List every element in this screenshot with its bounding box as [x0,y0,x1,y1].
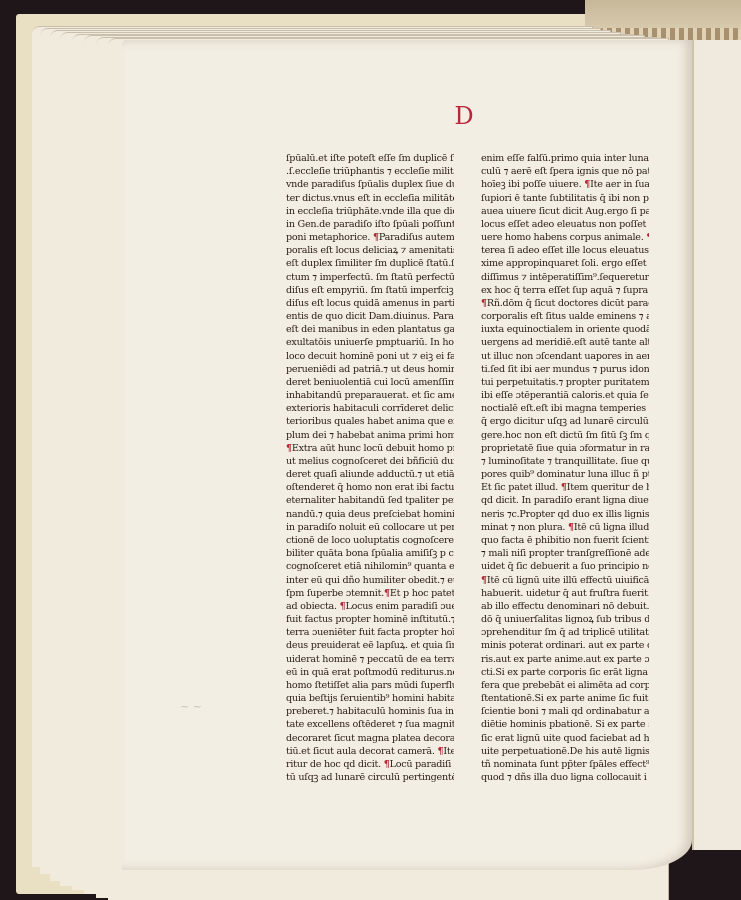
text-line: neris ⁊c.Propter qd duo ex illis lignis … [481,508,649,521]
text-line: ritur de hoc qd dicit. ¶Locū paradiſi in… [286,758,454,771]
text-line: ut melius cognoſceret dei bñficiū dum ſe… [286,455,454,468]
text-line: terea ſi adeo eſſet ille locus eleuatus … [481,244,649,257]
text-line: in Gen.de paradiſo iſto ſpūali poſſunt e… [286,218,454,231]
text-line: perueniēdi ad patriā.⁊ ut deus homini oſ… [286,363,454,376]
text-line: Et ſic patet illud. ¶Item queritur de ho… [481,481,649,494]
text-line: plum dei ⁊ habebat anima primi hominis. [286,429,454,442]
paragraph-mark: ¶ [568,522,574,533]
text-line: decoraret ſicut magna platea decorat pal… [286,732,454,745]
text-line: deret beniuolentiā cui locū amenſſimū ad [286,376,454,389]
text-line: diētie hominis pbationē. Si ex parte ɔtī… [481,718,649,731]
facing-page [692,40,741,850]
text-line: uere homo habens corpus animale. ¶Pre [481,231,649,244]
text-line: corporalis eſt ſitus ualde eminens ⁊ alt… [481,310,649,323]
paragraph-mark: ¶ [481,298,487,309]
paragraph-mark: ¶ [384,588,390,599]
text-line: gere.hoc non eſt dictū ſm ſitū ſꝫ ſm quā… [481,429,649,442]
text-line: ctum ⁊ imperfectū. ſm ſtatū perfectū par… [286,271,454,284]
text-line: hoīeꝫ ibi poſſe uiuere. ¶Ite aer in ſua … [481,178,649,191]
paragraph-mark: ¶ [373,232,379,243]
text-line: in eccleſia triūphāte.vnde illa que dict… [286,205,454,218]
paragraph-mark: ¶ [481,575,487,586]
text-line: poralis eſt locus deliciaꝝ ⁊ amenitatis.… [286,244,454,257]
text-line: ibi eſſe ɔtēperantiā caloris.et quia ſec… [481,389,649,402]
text-line: eū in quā erat poſtmodū rediturus.nec tñ… [286,666,454,679]
text-line: ſtentationē.Si ex parte anime ſic fuit l… [481,692,649,705]
text-line: eternaliter habitandū ſed tpaliter pereg… [286,494,454,507]
text-line: fuit factus propter hominē inſtitutū.⁊ a… [286,613,454,626]
text-line: inhabitandū preparauerat. et ſic amenita… [286,389,454,402]
text-line: deus preuiderat eē lapſuꝝ. et quia ſimul… [286,639,454,652]
text-line: tui perpetuitatis.⁊ propter puritatem ae… [481,376,649,389]
text-line: auea uiuere ſicut dicit Aug.ergo ſi para… [481,205,649,218]
text-line: locus eſſet adeo eleuatus non poſſet ibi… [481,218,649,231]
text-line: ris.aut ex parte anime.aut ex parte ɔtin… [481,653,649,666]
text-line: ⁊ mali niſi propter tranſgreſſionē ade.n… [481,547,649,560]
text-line: enim eſſe falſū.primo quia inter lunarē … [481,152,649,165]
text-line: entis de quo dicit Dam.diuinus. Paradiſu… [286,310,454,323]
text-line: iuxta equinoctialem in oriente quodāmodo [481,323,649,336]
text-line: q̄ ergo dicitur uſqꝫ ad lunarē circulū p… [481,415,649,428]
text-line: ſcientie boni ⁊ mali qd ordinabatur ad o… [481,705,649,718]
text-line: terioribus quales habet anima que eſt te… [286,415,454,428]
text-line: tñ nominata ſunt pp̄ter ſpāles effect⁹ x… [481,758,649,771]
text-line: ut illuc non ɔſcendant uapores in aere e… [481,350,649,363]
text-line: ¶Extra aūt hunc locū debuit homo produci [286,442,454,455]
text-line: uite perpetuationē.De his autē lignis du… [481,745,649,758]
text-line: ti.ſed ſit ibi aer mundus ⁊ purus idone⁹… [481,363,649,376]
text-line: uergens ad meridiē.eſt autē tante altitu… [481,336,649,349]
text-line: biliter quāta bona ſpūalia amiſiſꝫ p cul… [286,547,454,560]
paragraph-mark: ¶ [340,601,346,612]
text-line: pores quib⁹ dominatur luna illuc ñ pting… [481,468,649,481]
text-line: exultatōis uniuerſe pmptuariū. In hoc aū… [286,336,454,349]
text-line: culū ⁊ aerē eſt ſpera ignis que nō pater… [481,165,649,178]
text-line: quia beſtijs ſeruientib⁹ homini habitacu… [286,692,454,705]
text-line: poni metaphorice. ¶Paradiſus autem cor [286,231,454,244]
text-line: ctionē de loco uoluptatis cognoſceret ſe… [286,534,454,547]
text-line: homo ſtetiſſet alia pars mūdi ſuperfluer… [286,679,454,692]
paragraph-mark: ¶ [561,482,567,493]
paragraph-mark: ¶ [584,179,590,190]
paragraph-mark: ¶ [384,759,390,770]
text-line: noctialē eſt.eſt ibi magna temperies tēp… [481,402,649,415]
text-line: minis poterat ordinari. aut ex parte cor… [481,639,649,652]
text-line: ¶Itē cū lignū uite illū effectū uiuificā… [481,574,649,587]
text-line: tū uſqꝫ ad lunarē circulū pertingentē. ¶… [286,771,454,784]
text-line: fera que prebebāt ei alimēta ad corporis… [481,679,649,692]
text-line: tiū.et ſicut aula decorat camerā. ¶Ite q… [286,745,454,758]
text-line: ſpūalū.et iſte poteſt eſſe ſm duplicē ſt… [286,152,454,165]
text-line: qd dicit. In paradiſo erant ligna diuerſ… [481,494,649,507]
text-line: ab illo effectu denominari nō debuit. ¶R… [481,600,649,613]
text-line: ⁊ luminoſitate ⁊ tranquillitate. ſiue qu… [481,455,649,468]
text-line: inter eū qui dño humiliter obedit.⁊ eū q… [286,574,454,587]
left-text-column: ſpūalū.et iſte poteſt eſſe ſm duplicē ſt… [286,152,454,784]
text-line: oſtenderet q̄ homo non erat ibi factus a… [286,481,454,494]
text-line: ad obiecta. ¶Locus enim paradiſi ɔueniēt… [286,600,454,613]
text-line: diſus eſt empyriū. ſm ſtatū imperfciꝫ pa… [286,284,454,297]
text-line: diſſimus ⁊ intēperatiſſim⁹.ſequeretur et… [481,271,649,284]
right-text-column: enim eſſe falſū.primo quia inter lunarē … [481,152,649,784]
text-line: eſt duplex ſimiliter ſm duplicē ſtatū.ſ.… [286,257,454,270]
paragraph-mark: ¶ [286,443,292,454]
text-line: tate excellens oſtēderet ⁊ ſua magnitudi… [286,718,454,731]
text-line: ex hoc q̄ terra eſſet ſup aquā ⁊ ſupra a… [481,284,649,297]
text-line: diſus eſt locus quidā amenus in partib⁹o… [286,297,454,310]
text-line: ɔprehenditur ſm q̄ ad triplicē utilitatē… [481,626,649,639]
text-line: loco decuit hominē poni ut ⁊ eiꝫ ei faci… [286,350,454,363]
text-line: xime appropinquaret ſoli. ergo eſſet cal… [481,257,649,270]
pencil-marginalia: ~ ~ [180,700,250,714]
text-line: ſupiori ē tante ſubtilitatis q̄ ibi non … [481,192,649,205]
text-line: cognoſceret etiā nihilomin⁹ quanta eēt d… [286,560,454,573]
text-line: in paradiſo noluit eū collocare ut per e… [286,521,454,534]
text-line: cti.Si ex parte corporis ſic erāt ligna … [481,666,649,679]
text-line: ¶Rñ.dōm q̄ ſicut doctores dicūt paradiſi [481,297,649,310]
text-line: quo facta ē phibitio non fuerit ſcientie… [481,534,649,547]
text-line: dō q̄ uniuerſalitas lignoꝝ ſub tribus dr… [481,613,649,626]
text-line: uiderat hominē ⁊ peccatū de ea terra ſūp… [286,653,454,666]
paragraph-mark: ¶ [438,746,444,757]
rubricated-initial: D [451,103,477,129]
text-line: vnde paradiſus ſpūalis duplex ſiue dupli… [286,178,454,191]
text-line: preberet.⁊ habitaculū hominis ſua inferi… [286,705,454,718]
text-line: .ſ.eccleſie triūphantis ⁊ eccleſie milit… [286,165,454,178]
text-line: habuerit. uidetur q̄ aut fruſtra fuerit.… [481,587,649,600]
text-line: exterioris habitaculi corrīderet delicij… [286,402,454,415]
text-line: ſic erat lignū uite quod faciebat ad hum… [481,732,649,745]
text-line: minat ⁊ non plura. ¶Itē cū ligna illud d… [481,521,649,534]
paragraph-mark: ¶ [646,232,649,243]
text-line: proprietatē ſiue quia ɔformatur in rarit… [481,442,649,455]
text-line: eſt dei manibus in eden plantatus gaudij… [286,323,454,336]
text-line: deret quaſi aliunde adductū.⁊ ut etiā p … [286,468,454,481]
text-line: nandū.⁊ quia deus preſciebat hominis caſ… [286,508,454,521]
text-line: ter dictus.vnus eſt in eccleſia militāte… [286,192,454,205]
text-line: terra ɔueniēter fuit facta propter hoīes… [286,626,454,639]
text-line: quod ⁊ dñs illa duo ligna collocauit i m… [481,771,649,784]
text-line: ſpm ſuperbe ɔtemnit.¶Et p hoc patet ſiſi… [286,587,454,600]
text-line: uidet q̄ ſic debuerit a ſuo principio no… [481,560,649,573]
